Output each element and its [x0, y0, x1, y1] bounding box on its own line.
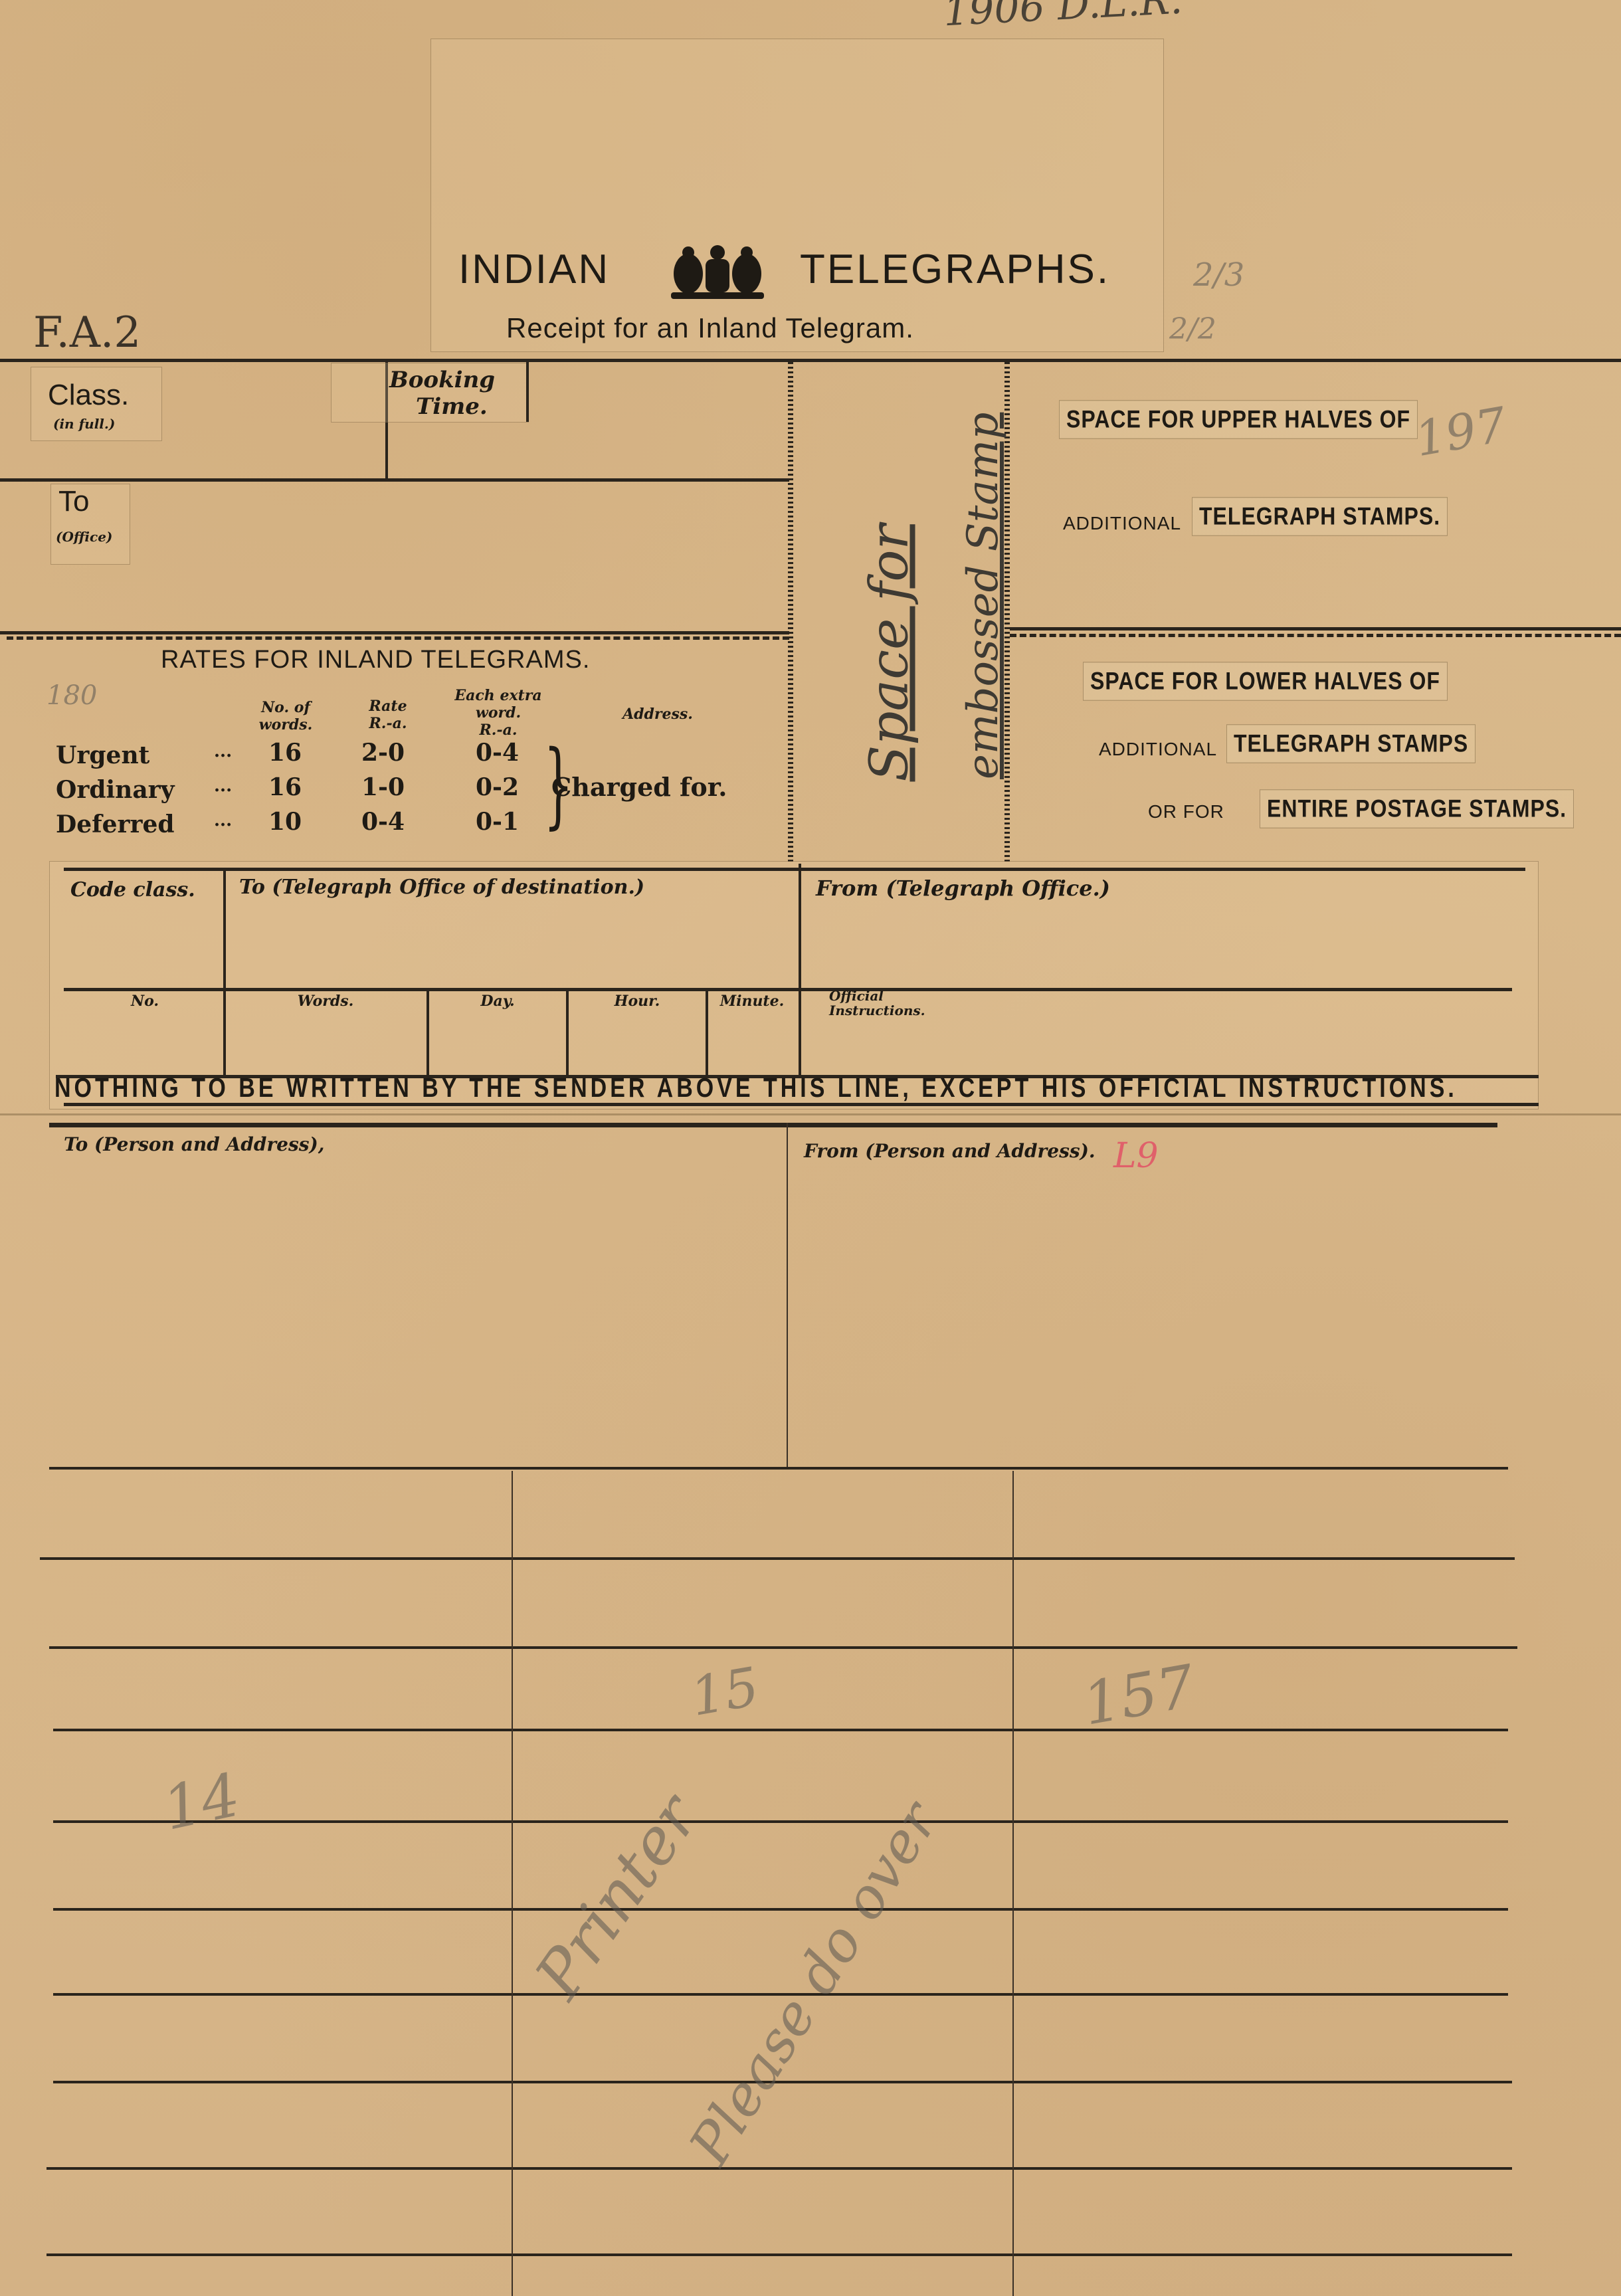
- class-field[interactable]: [166, 364, 382, 478]
- rates-header-words: No. of words.: [246, 699, 326, 733]
- to-person-label: To (Person and Address),: [64, 1133, 325, 1155]
- rate-extra: 0-2: [476, 773, 519, 801]
- lower-telegraph-stamps: TELEGRAPH STAMPS: [1226, 724, 1476, 763]
- rate-class: Deferred: [56, 811, 175, 838]
- divider-to-from: [799, 864, 801, 1076]
- divider-code-to: [223, 870, 226, 1076]
- col-header-no: No.: [66, 993, 223, 1010]
- rule-stamp-divider: [1010, 627, 1621, 630]
- to-office-destination-field[interactable]: [229, 904, 793, 983]
- lower-halves-label: SPACE FOR LOWER HALVES OF: [1083, 662, 1448, 701]
- embossed-border-left: [788, 362, 793, 864]
- rate-extra: 0-1: [476, 808, 519, 836]
- top-handwriting: 1906 D.L.R.: [942, 0, 1183, 35]
- col-header-hour: Hour.: [569, 993, 706, 1010]
- perforation-left: [7, 636, 789, 640]
- code-class-label: Code class.: [70, 878, 195, 902]
- entire-postage-stamps: ENTIRE POSTAGE STAMPS.: [1260, 789, 1574, 828]
- title-left: INDIAN: [458, 246, 610, 293]
- rate-class: Urgent: [56, 741, 149, 769]
- rates-title: RATES FOR INLAND TELEGRAMS.: [161, 646, 590, 674]
- booking-box-right: [526, 362, 529, 422]
- col-field-day[interactable]: [430, 1012, 563, 1075]
- upper-telegraph-stamps: TELEGRAPH STAMPS.: [1192, 497, 1448, 536]
- coat-of-arms-icon: [664, 244, 771, 300]
- divider-to-from-person: [787, 1123, 788, 1468]
- embossed-label-line1: Space for: [858, 450, 920, 782]
- rate-extra: 0-4: [476, 739, 519, 767]
- rate-words: 10: [268, 808, 302, 836]
- rule-class-to: [0, 478, 789, 482]
- rates-header-extra: Each extra word. R.-a.: [438, 687, 558, 739]
- booking-time-label-2: Time.: [416, 393, 488, 420]
- sender-warning: NOTHING TO BE WRITTEN BY THE SENDER ABOV…: [54, 1072, 1536, 1104]
- col-field-words[interactable]: [227, 1012, 425, 1075]
- rate-dots: ...: [214, 811, 232, 830]
- embossed-label-line2: embossed Stamp: [959, 447, 1008, 779]
- header-panel: [430, 39, 1164, 352]
- rule-address-top: [49, 1123, 1497, 1127]
- booking-time-field[interactable]: [531, 364, 781, 478]
- perforation-right: [1010, 634, 1621, 637]
- code-class-field[interactable]: [66, 904, 219, 983]
- rule-office-mid: [64, 988, 1512, 991]
- subtitle: Receipt for an Inland Telegram.: [506, 312, 914, 344]
- rule-top: [0, 359, 1621, 362]
- rate-rate: 2-0: [361, 739, 405, 767]
- to-office-destination-label: To (Telegraph Office of destination.): [239, 876, 644, 899]
- rate-words: 16: [268, 773, 302, 801]
- rates-header-address: Address.: [598, 706, 717, 723]
- to-sublabel: (Office): [56, 529, 112, 545]
- handwritten-2-3: 2/3: [1193, 256, 1244, 294]
- rule-warning-bottom: [64, 1103, 1539, 1106]
- class-label: Class.: [48, 379, 129, 412]
- upper-additional: ADDITIONAL: [1063, 513, 1181, 534]
- handwritten-180: 180: [47, 680, 97, 711]
- rate-class: Ordinary: [56, 776, 175, 804]
- official-instructions-field[interactable]: [804, 1023, 1521, 1075]
- rule-fold: [0, 1113, 1621, 1115]
- official-instructions-label: Official Instructions.: [829, 989, 925, 1018]
- from-person-label: From (Person and Address).: [804, 1140, 1096, 1162]
- lower-additional: ADDITIONAL: [1099, 739, 1217, 760]
- rate-rate: 0-4: [361, 808, 405, 836]
- booking-time-label-1: Booking: [389, 367, 495, 393]
- col-field-no[interactable]: [66, 1012, 222, 1075]
- form-code: F.A.2: [33, 308, 141, 357]
- address-charged-note: Charged for.: [551, 772, 727, 802]
- col-field-minute[interactable]: [710, 1012, 796, 1075]
- rule-above-rates: [0, 631, 789, 634]
- col-header-day: Day.: [429, 993, 566, 1010]
- to-label: To: [58, 485, 89, 518]
- rate-rate: 1-0: [361, 773, 405, 801]
- from-person-field[interactable]: [795, 1169, 1525, 1462]
- rate-dots: ...: [214, 741, 232, 761]
- to-office-field[interactable]: [133, 484, 781, 630]
- handwritten-15: 15: [686, 1656, 763, 1728]
- rate-words: 16: [268, 739, 302, 767]
- or-for-label: OR FOR: [1148, 801, 1224, 822]
- class-sublabel: (in full.): [53, 416, 115, 432]
- upper-halves-label: SPACE FOR UPPER HALVES OF: [1059, 400, 1418, 439]
- title-right: TELEGRAPHS.: [800, 246, 1110, 293]
- rule-office-top: [64, 868, 1525, 871]
- handwritten-2-2: 2/2: [1169, 312, 1216, 346]
- col-header-minute: Minute.: [707, 993, 797, 1010]
- col-field-hour[interactable]: [570, 1012, 703, 1075]
- rates-header-rate: Rate R.-a.: [348, 698, 428, 732]
- rate-dots: ...: [214, 776, 232, 796]
- from-office-label: From (Telegraph Office.): [816, 876, 1110, 901]
- to-person-field[interactable]: [53, 1163, 784, 1462]
- from-office-field[interactable]: [805, 904, 1523, 983]
- message-word-grid[interactable]: [49, 1470, 1511, 2296]
- col-header-words: Words.: [226, 993, 425, 1010]
